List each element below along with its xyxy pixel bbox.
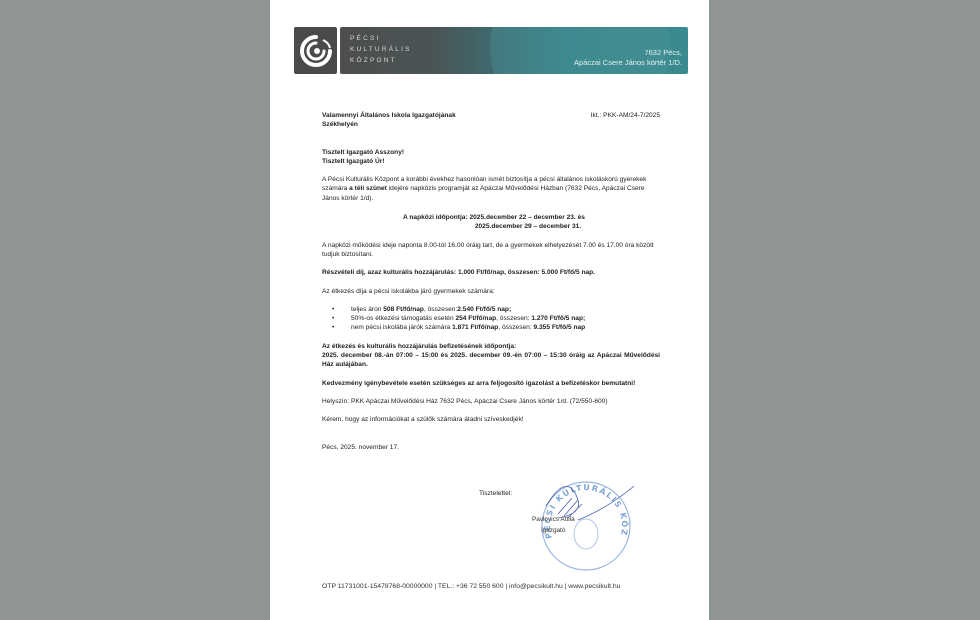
footer-contact: OTP 11731001-15478768-00000000 | TEL.: +… bbox=[322, 583, 620, 590]
list-item: nem pécsi iskolába járók számára 1.871 F… bbox=[342, 323, 660, 332]
meal-intro: Az étkezés díja a pécsi iskolákba járó g… bbox=[322, 287, 660, 296]
letterhead-banner: PÉCSI KULTURÁLIS KÖZPONT 7632 Pécs, Apác… bbox=[340, 27, 688, 74]
closing: Tisztelettel: bbox=[479, 490, 512, 497]
payment-block: Az étkezés és kulturális hozzájárulás be… bbox=[322, 342, 660, 370]
participation-fee: Részvételi díj, azaz kulturális hozzájár… bbox=[322, 268, 660, 277]
letter-body: Valamennyi Általános Iskola Igazgatójána… bbox=[322, 111, 660, 452]
hours-paragraph: A napközi működési ideje naponta 8.00-tó… bbox=[322, 241, 660, 260]
signer: Pavlovics Attila igazgató bbox=[532, 514, 575, 536]
meal-fee-list: teljes áron 508 Ft/fő/nap, összesen:2.54… bbox=[322, 305, 660, 333]
place-date: Pécs, 2025. november 17. bbox=[322, 443, 660, 452]
list-item: teljes áron 508 Ft/fő/nap, összesen:2.54… bbox=[342, 305, 660, 314]
intro-paragraph: A Pécsi Kulturális Központ a korábbi éve… bbox=[322, 175, 660, 203]
letterhead-address: 7632 Pécs, Apáczai Csere János körtér 1/… bbox=[574, 48, 682, 68]
request: Kérem, hogy az információkat a szülők sz… bbox=[322, 415, 660, 424]
swirl-logo-icon bbox=[299, 34, 333, 68]
brand-name: PÉCSI KULTURÁLIS KÖZPONT bbox=[350, 33, 412, 66]
salutation: Tisztelt Igazgató Asszony! Tisztelt Igaz… bbox=[322, 148, 660, 167]
recipient: Valamennyi Általános Iskola Igazgatójána… bbox=[322, 111, 456, 130]
signer-title: igazgató bbox=[532, 525, 575, 536]
dates-block: A napközi időpontja: 2025.december 22 – … bbox=[322, 213, 660, 232]
logo bbox=[294, 27, 337, 74]
reference-number: Ikt.: PKK-AM/24-7/2025 bbox=[591, 111, 660, 130]
signer-name: Pavlovics Attila bbox=[532, 514, 575, 525]
location: Helyszín: PKK Apáczai Művelődési Ház 763… bbox=[322, 397, 660, 406]
letterhead: PÉCSI KULTURÁLIS KÖZPONT 7632 Pécs, Apác… bbox=[294, 27, 688, 74]
document-page: PÉCSI KULTURÁLIS KÖZPONT 7632 Pécs, Apác… bbox=[270, 0, 709, 620]
list-item: 50%-os étkezési támogatás esetén 254 Ft/… bbox=[342, 314, 660, 323]
discount-note: Kedvezmény igénybevétele esetén szüksége… bbox=[322, 379, 660, 388]
